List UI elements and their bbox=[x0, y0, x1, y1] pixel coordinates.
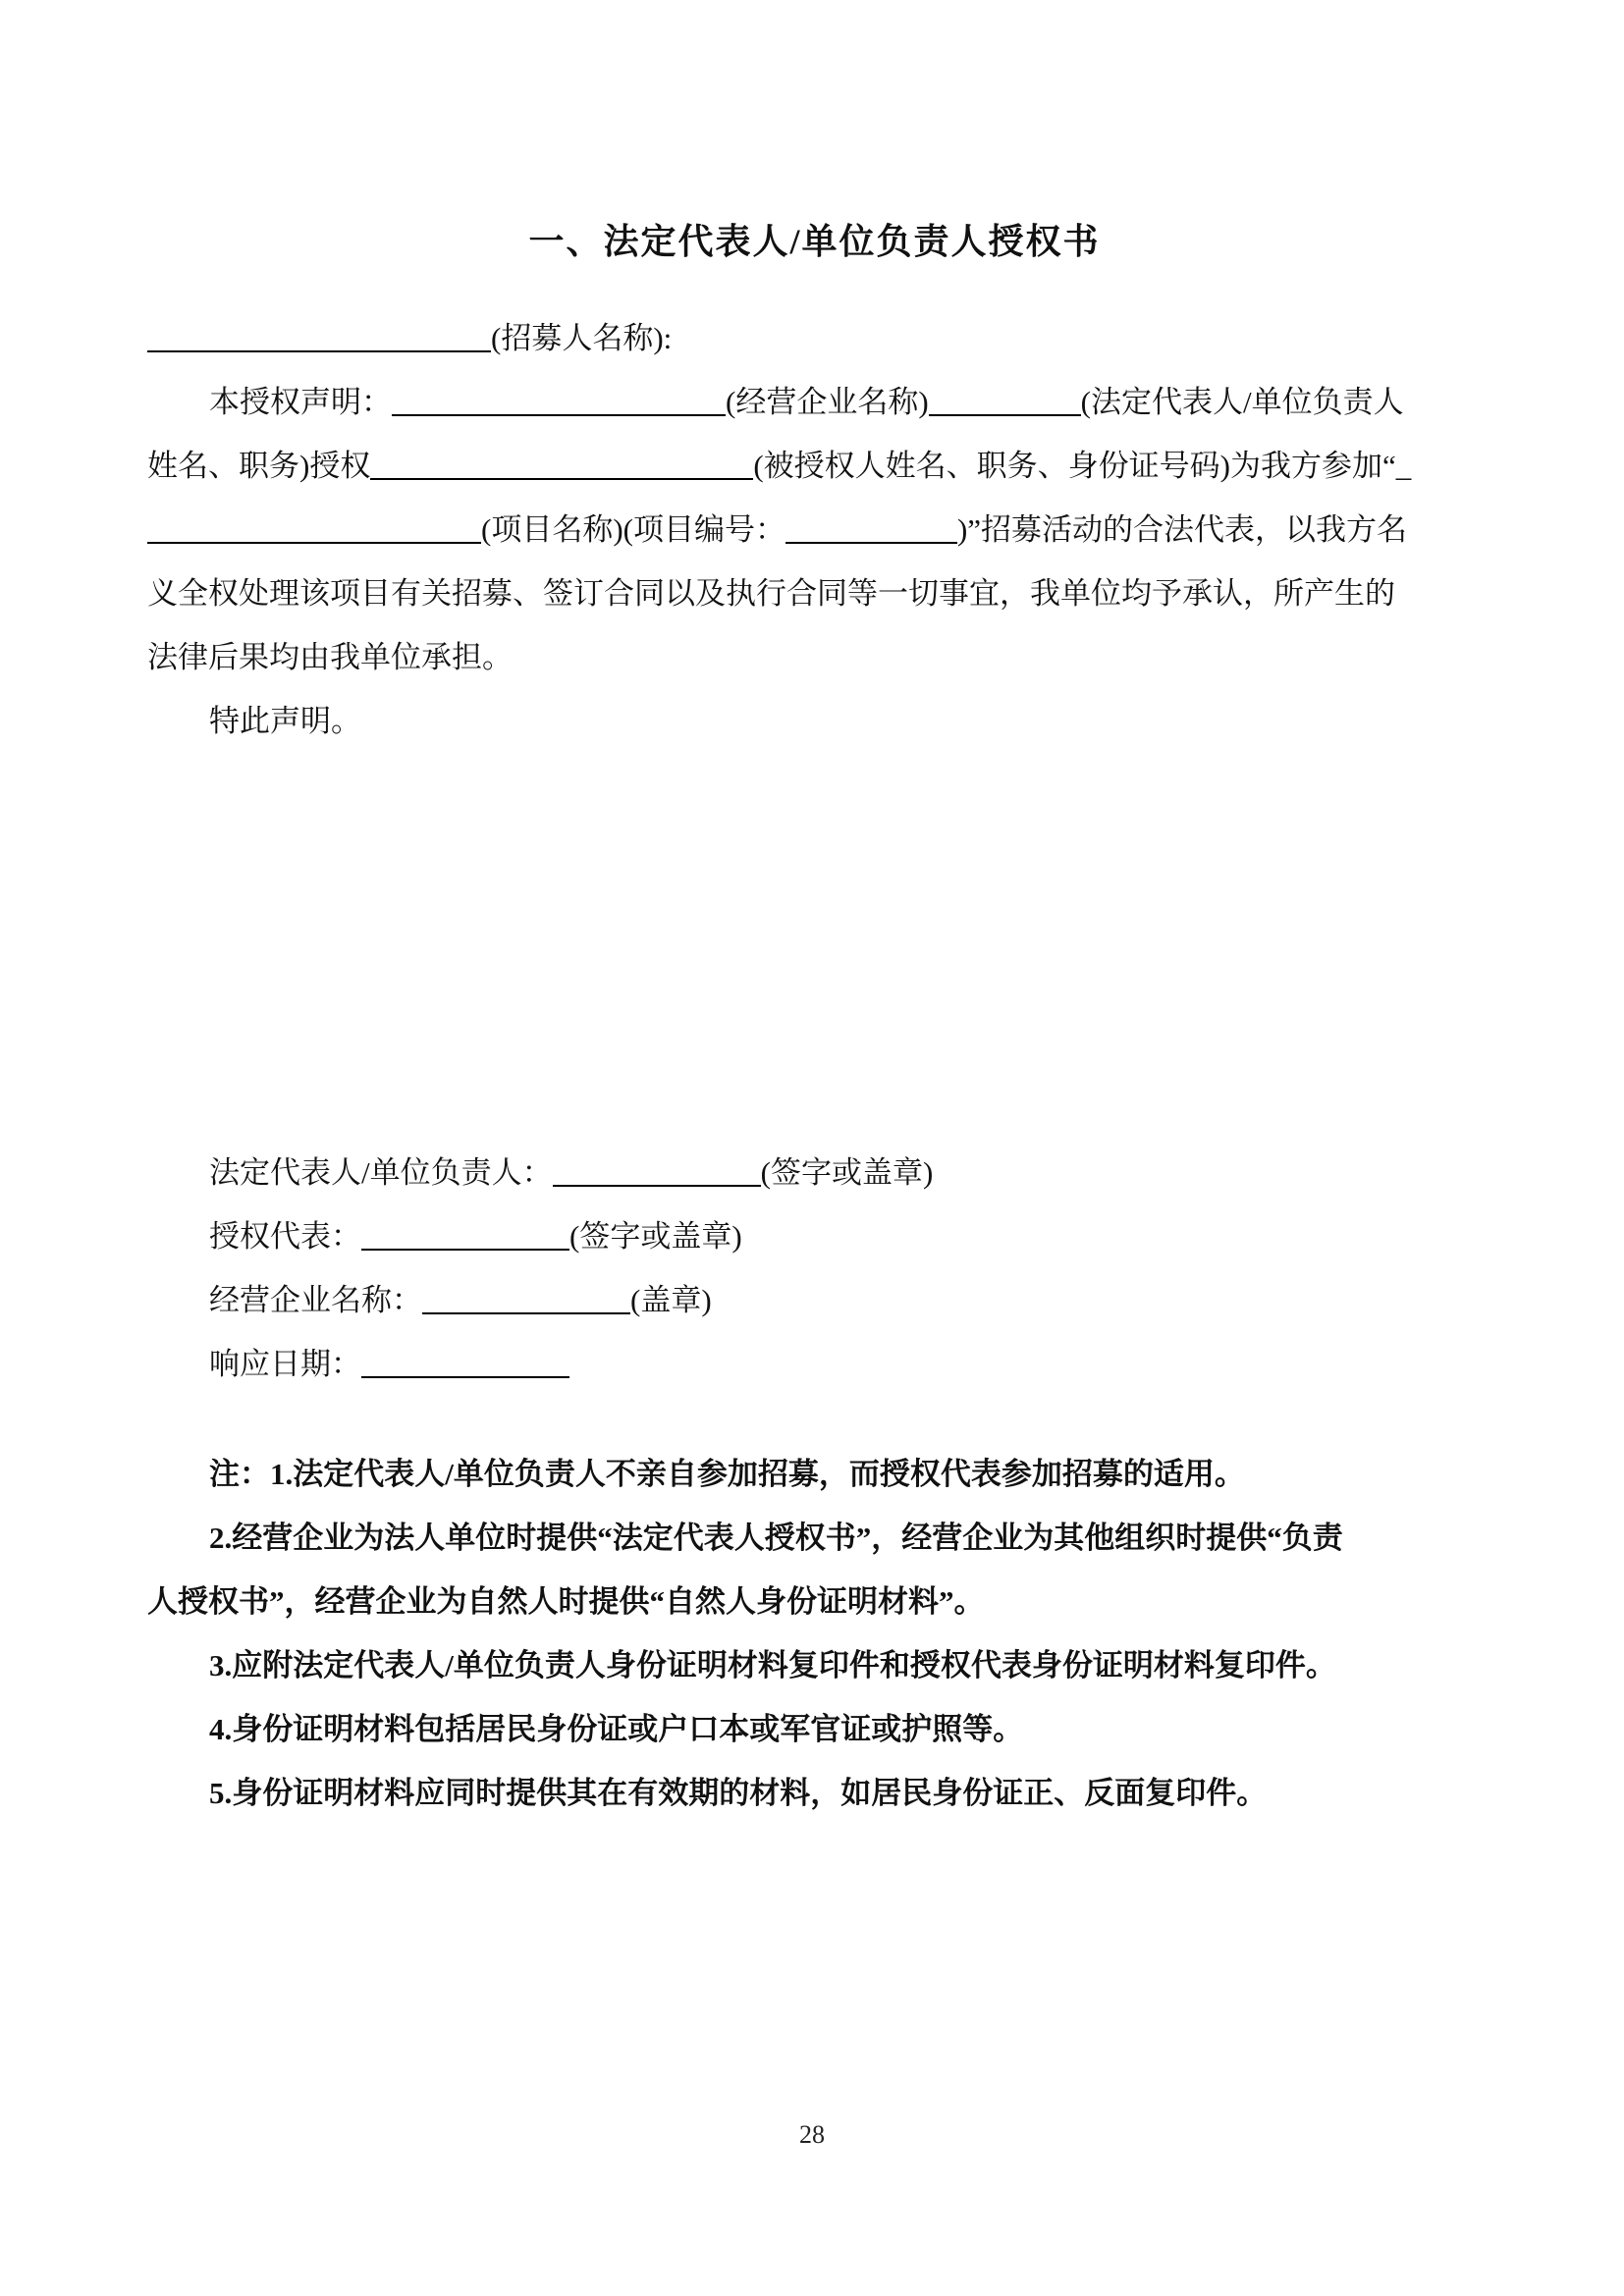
signature-row-company-name: 经营企业名称：(盖章) bbox=[147, 1268, 1482, 1332]
body-text: (项目名称)(项目编号： bbox=[481, 512, 785, 547]
signature-suffix: (签字或盖章) bbox=[761, 1155, 934, 1190]
body-text: 法律后果均由我单位承担。 bbox=[147, 640, 513, 674]
blank-underline bbox=[392, 384, 726, 416]
note-line-2: 2.经营企业为法人单位时提供“法定代表人授权书”，经营企业为其他组织时提供“负责 bbox=[147, 1506, 1482, 1570]
document-page: 一、法定代表人/单位负责人授权书 (招募人名称): 本授权声明：(经营企业名称)… bbox=[0, 0, 1624, 2296]
blank-underline bbox=[370, 448, 753, 480]
blank-underline bbox=[147, 511, 481, 544]
body-text: )”招募活动的合法代表，以我方名 bbox=[957, 512, 1407, 547]
body-line-1: 本授权声明：(经营企业名称)(法定代表人/单位负责人 bbox=[147, 370, 1482, 434]
body-text: 姓名、职务)授权 bbox=[147, 449, 370, 483]
recruiter-name-label: (招募人名称): bbox=[491, 321, 672, 355]
signature-suffix: (签字或盖章) bbox=[569, 1219, 742, 1254]
blank-underline bbox=[929, 384, 1081, 416]
body-line-5: 法律后果均由我单位承担。 bbox=[147, 625, 1482, 689]
body-line-2: 姓名、职务)授权(被授权人姓名、职务、身份证号码)为我方参加“_ bbox=[147, 434, 1482, 498]
closing-statement: 特此声明。 bbox=[147, 689, 1482, 753]
recruiter-name-line: (招募人名称): bbox=[147, 306, 1482, 370]
note-line-5: 5.身份证明材料应同时提供其在有效期的材料，如居民身份证正、反面复印件。 bbox=[147, 1761, 1482, 1825]
notes-block: 注：1.法定代表人/单位负责人不亲自参加招募，而授权代表参加招募的适用。 2.经… bbox=[147, 1442, 1482, 1825]
signature-row-authorized-agent: 授权代表：(签字或盖章) bbox=[147, 1204, 1482, 1268]
signature-label: 响应日期： bbox=[209, 1347, 361, 1381]
signature-row-legal-rep: 法定代表人/单位负责人：(签字或盖章) bbox=[147, 1141, 1482, 1204]
blank-underline bbox=[361, 1346, 569, 1378]
signature-suffix: (盖章) bbox=[630, 1283, 712, 1317]
signature-row-response-date: 响应日期： bbox=[147, 1332, 1482, 1396]
page-number: 28 bbox=[0, 2120, 1624, 2150]
note-line-4: 4.身份证明材料包括居民身份证或户口本或军官证或护照等。 bbox=[147, 1697, 1482, 1761]
body-line-3: (项目名称)(项目编号：)”招募活动的合法代表，以我方名 bbox=[147, 498, 1482, 561]
body-text: (经营企业名称) bbox=[726, 385, 929, 419]
signature-label: 经营企业名称： bbox=[209, 1283, 422, 1317]
body-text: (法定代表人/单位负责人 bbox=[1081, 385, 1404, 419]
blank-underline bbox=[147, 320, 491, 352]
note-line-1: 注：1.法定代表人/单位负责人不亲自参加招募，而授权代表参加招募的适用。 bbox=[147, 1442, 1482, 1506]
blank-underline bbox=[422, 1282, 630, 1314]
signature-block: 法定代表人/单位负责人：(签字或盖章) 授权代表：(签字或盖章) 经营企业名称：… bbox=[147, 1141, 1482, 1396]
body-text: 本授权声明： bbox=[209, 385, 392, 419]
signature-label: 法定代表人/单位负责人： bbox=[209, 1155, 553, 1190]
body-text: 义全权处理该项目有关招募、签订合同以及执行合同等一切事宜，我单位均予承认，所产生… bbox=[147, 576, 1395, 611]
body-line-4: 义全权处理该项目有关招募、签订合同以及执行合同等一切事宜，我单位均予承认，所产生… bbox=[147, 561, 1482, 625]
blank-underline bbox=[785, 511, 957, 544]
body-text: (被授权人姓名、职务、身份证号码)为我方参加“_ bbox=[753, 449, 1411, 483]
page-content: 一、法定代表人/单位负责人授权书 (招募人名称): 本授权声明：(经营企业名称)… bbox=[0, 218, 1624, 1825]
note-line-2-continued: 人授权书”，经营企业为自然人时提供“自然人身份证明材料”。 bbox=[147, 1570, 1482, 1633]
signature-label: 授权代表： bbox=[209, 1219, 361, 1254]
page-title: 一、法定代表人/单位负责人授权书 bbox=[147, 218, 1482, 265]
blank-underline bbox=[361, 1218, 569, 1251]
body-text: 特此声明。 bbox=[209, 704, 361, 738]
blank-underline bbox=[553, 1154, 761, 1187]
note-line-3: 3.应附法定代表人/单位负责人身份证明材料复印件和授权代表身份证明材料复印件。 bbox=[147, 1633, 1482, 1697]
